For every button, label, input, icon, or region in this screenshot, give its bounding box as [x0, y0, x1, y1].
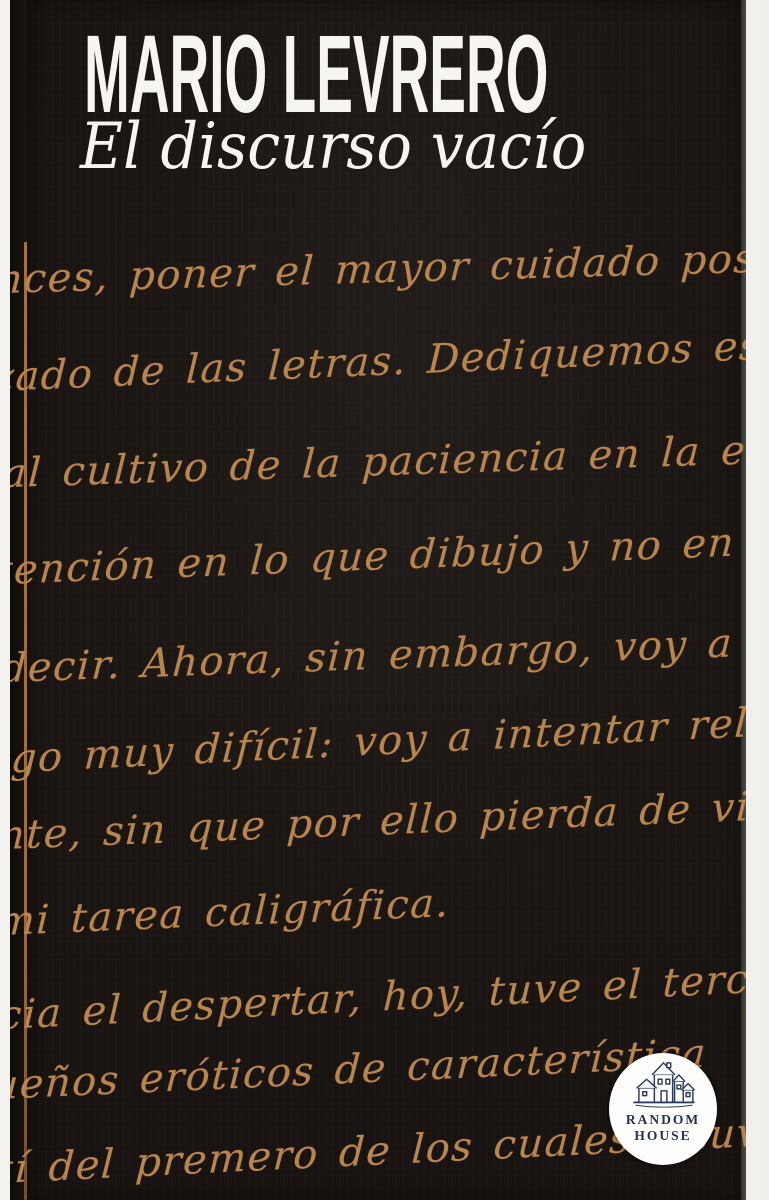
publisher-name-line2: HOUSE — [634, 1128, 691, 1144]
handwriting-line: nte, sin que por ello pierda de vis — [10, 784, 746, 858]
publisher-logo: RANDOM HOUSE — [609, 1053, 717, 1165]
house-icon — [628, 1060, 698, 1112]
book-cover: MARIO LEVRERO El discurso vacío nces, po… — [10, 0, 746, 1200]
handwriting-line: mi tarea caligráfica. — [10, 881, 451, 944]
handwriting-line: cia el despertar, hoy, tuve el tercero d — [10, 951, 746, 1038]
handwriting-line: al cultivo de la paciencia en la escr — [10, 427, 746, 497]
publisher-name-line1: RANDOM — [626, 1112, 700, 1128]
handwriting-line: nces, poner el mayor cuidado posibl — [10, 235, 746, 302]
handwriting-line: tención en lo que dibujo y no en lo — [10, 518, 746, 593]
scanned-book-cover: MARIO LEVRERO El discurso vacío nces, po… — [0, 0, 769, 1200]
handwriting-line: zado de las letras. Dediquemos este — [10, 322, 746, 400]
book-title: El discurso vacío — [80, 112, 586, 182]
handwriting-line: decir. Ahora, sin embargo, voy a a — [10, 620, 746, 691]
handwriting-line: lgo muy difícil: voy a intentar relat — [10, 699, 746, 782]
cover-right-edge — [741, 0, 746, 1200]
